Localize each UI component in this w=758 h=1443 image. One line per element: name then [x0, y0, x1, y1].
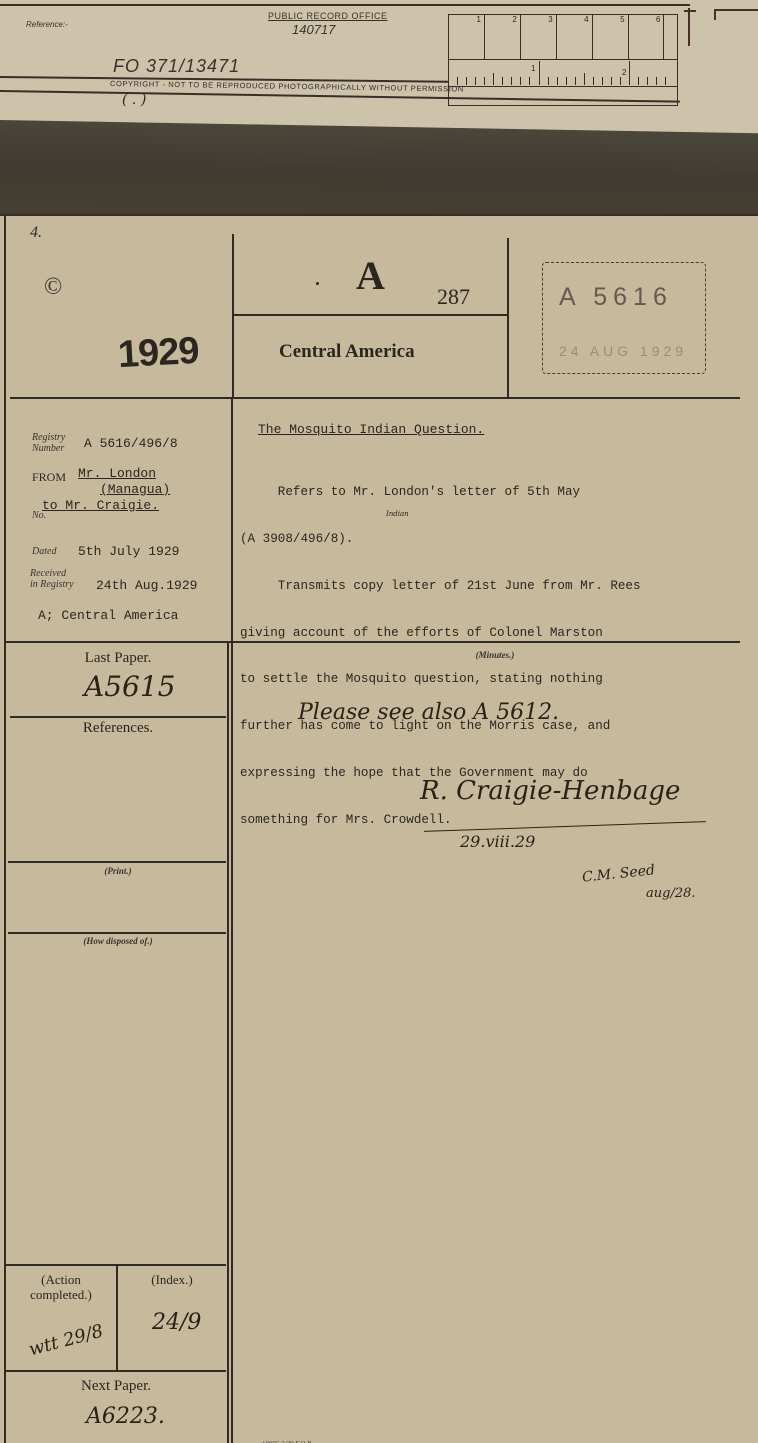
registry-number-label: Registry Number [32, 432, 65, 454]
slip-top-border [0, 4, 690, 6]
docket-year: 1929 [117, 330, 200, 377]
scale-tick [484, 77, 485, 85]
scale-tick [602, 77, 603, 85]
minute-signature: R. Craigie-Henbage [420, 776, 680, 806]
scale-cell: 3 [521, 15, 557, 59]
office-number: 140717 [292, 22, 335, 37]
scale-tick [575, 77, 576, 85]
from-place: (Managua) [100, 482, 170, 497]
fold-mark: 4. [30, 224, 42, 242]
last-paper-label: Last Paper. [10, 650, 226, 667]
registry-department: A; Central America [38, 608, 178, 623]
scale-tick [511, 77, 512, 85]
registry-stamp: A 5616 24 AUG 1929 [542, 262, 706, 374]
label-line: Received [30, 568, 74, 579]
from-label: FROM [32, 470, 66, 485]
label-line: Registry [32, 432, 65, 443]
index-label: (Index.) [118, 1272, 226, 1288]
action-completed-label: (Action completed.) [6, 1272, 116, 1302]
scale-tick [475, 77, 476, 85]
summary-line: (A 3908/496/8). [240, 532, 750, 548]
header-bottom-rule [10, 397, 740, 399]
dated-label: Dated [32, 546, 56, 557]
scale-number: 1 [531, 64, 535, 73]
scale-tick [665, 77, 666, 85]
circle-mark: © [44, 274, 62, 301]
dot-mark [316, 282, 319, 285]
scale-tick [593, 77, 594, 85]
docket-form: 4. © 1929 A 287 Central America A 5616 2… [0, 214, 758, 1443]
next-paper-label: Next Paper. [6, 1378, 226, 1395]
header-divider-right [507, 238, 509, 398]
corner-mark [714, 10, 716, 20]
scale-cell: 6 [629, 15, 665, 59]
registry-number: A 5616/496/8 [84, 436, 178, 451]
stamp-date: 24 AUG 1929 [559, 343, 687, 359]
corner-mark [684, 10, 696, 12]
scale-tick [611, 77, 612, 85]
label-line: in Registry [30, 579, 74, 590]
scale-tick [548, 77, 549, 85]
scale-cell: 4 [557, 15, 593, 59]
summary-line: something for Mrs. Crowdell. [240, 813, 750, 829]
minutes-label: (Minutes.) [232, 650, 758, 660]
received-label: Received in Registry [30, 568, 74, 590]
region-title: Central America [279, 341, 415, 363]
scale-cell: 2 [485, 15, 521, 59]
scale-tick [466, 77, 467, 85]
label-line: Number [32, 443, 65, 454]
action-completed-value: wtt 29/8 [27, 1321, 106, 1361]
corner-mark [688, 8, 690, 46]
summary-line: Refers to Mr. London's letter of 5th May [240, 485, 750, 501]
second-initials: C.M. Seed [581, 862, 655, 886]
next-paper-rule [4, 1370, 226, 1372]
scale-tick [457, 77, 458, 85]
scale-bottom-row: 1 2 [449, 60, 677, 105]
form-top-border [0, 214, 758, 216]
scale-tick [529, 77, 530, 85]
reference-label: Reference:- [26, 20, 68, 29]
second-date: aug/28. [646, 886, 696, 901]
scale-tick [493, 73, 494, 85]
scale-top-row: 1 2 3 4 5 6 [449, 15, 677, 60]
summary-line: giving account of the efforts of Colonel… [240, 626, 750, 642]
scale-cell: 5 [593, 15, 629, 59]
scale-cell: 1 [449, 15, 485, 59]
references-rule [8, 861, 226, 863]
dark-binding-band [0, 120, 758, 229]
scale-tick [656, 77, 657, 85]
column-divider [231, 398, 233, 1443]
last-paper-value: A5615 [84, 670, 175, 703]
print-rule [8, 932, 226, 934]
scale-baseline [449, 86, 677, 88]
scale-number: 2 [622, 68, 626, 77]
label-line: completed.) [6, 1287, 116, 1302]
scale-tick [620, 77, 621, 85]
slip-mark: ( . ) [122, 92, 146, 108]
office-title: PUBLIC RECORD OFFICE [268, 11, 388, 21]
from-name: Mr. London [78, 466, 156, 481]
next-paper-value: A6223. [86, 1404, 165, 1429]
index-value: 24/9 [152, 1310, 201, 1335]
corner-mark [714, 9, 758, 11]
scale-cell [664, 15, 677, 59]
scale-tick [647, 77, 648, 85]
header-mid-rule [233, 314, 507, 316]
signature-date: 29.viii.29 [460, 832, 535, 851]
number-label: No. [32, 510, 46, 521]
scale-tick [539, 61, 540, 85]
scale-tick [584, 73, 585, 85]
left-column-inner-border [227, 642, 229, 1443]
minute-note: Please see also A 5612. [298, 700, 559, 725]
summary-line: Transmits copy letter of 21st June from … [240, 579, 750, 595]
department-letter: A [356, 252, 385, 299]
label-line: (Action [6, 1272, 116, 1287]
scale-tick [502, 77, 503, 85]
how-disposed-label: (How disposed of.) [10, 936, 226, 946]
measurement-scale: 1 2 3 4 5 6 [448, 14, 678, 106]
dated-value: 5th July 1929 [78, 544, 179, 559]
scale-tick [566, 77, 567, 85]
scale-tick [629, 61, 630, 85]
stamp-number: A 5616 [559, 283, 673, 312]
department-number: 287 [437, 284, 470, 310]
references-label: References. [10, 720, 226, 737]
summary-line: to settle the Mosquito question, stating… [240, 672, 750, 688]
last-paper-rule [10, 716, 226, 718]
reference-slip: Reference:- PUBLIC RECORD OFFICE 140717 … [0, 0, 758, 140]
header-divider-left [232, 234, 234, 398]
received-value: 24th Aug.1929 [96, 578, 197, 593]
print-label: (Print.) [10, 866, 226, 876]
scale-tick [557, 77, 558, 85]
to-name: to Mr. Craigie. [42, 498, 159, 513]
file-reference: FO 371/13471 [113, 56, 240, 77]
scale-tick [520, 77, 521, 85]
form-left-border [4, 214, 6, 1443]
scale-tick [638, 77, 639, 85]
subject-title: The Mosquito Indian Question. [258, 422, 484, 437]
